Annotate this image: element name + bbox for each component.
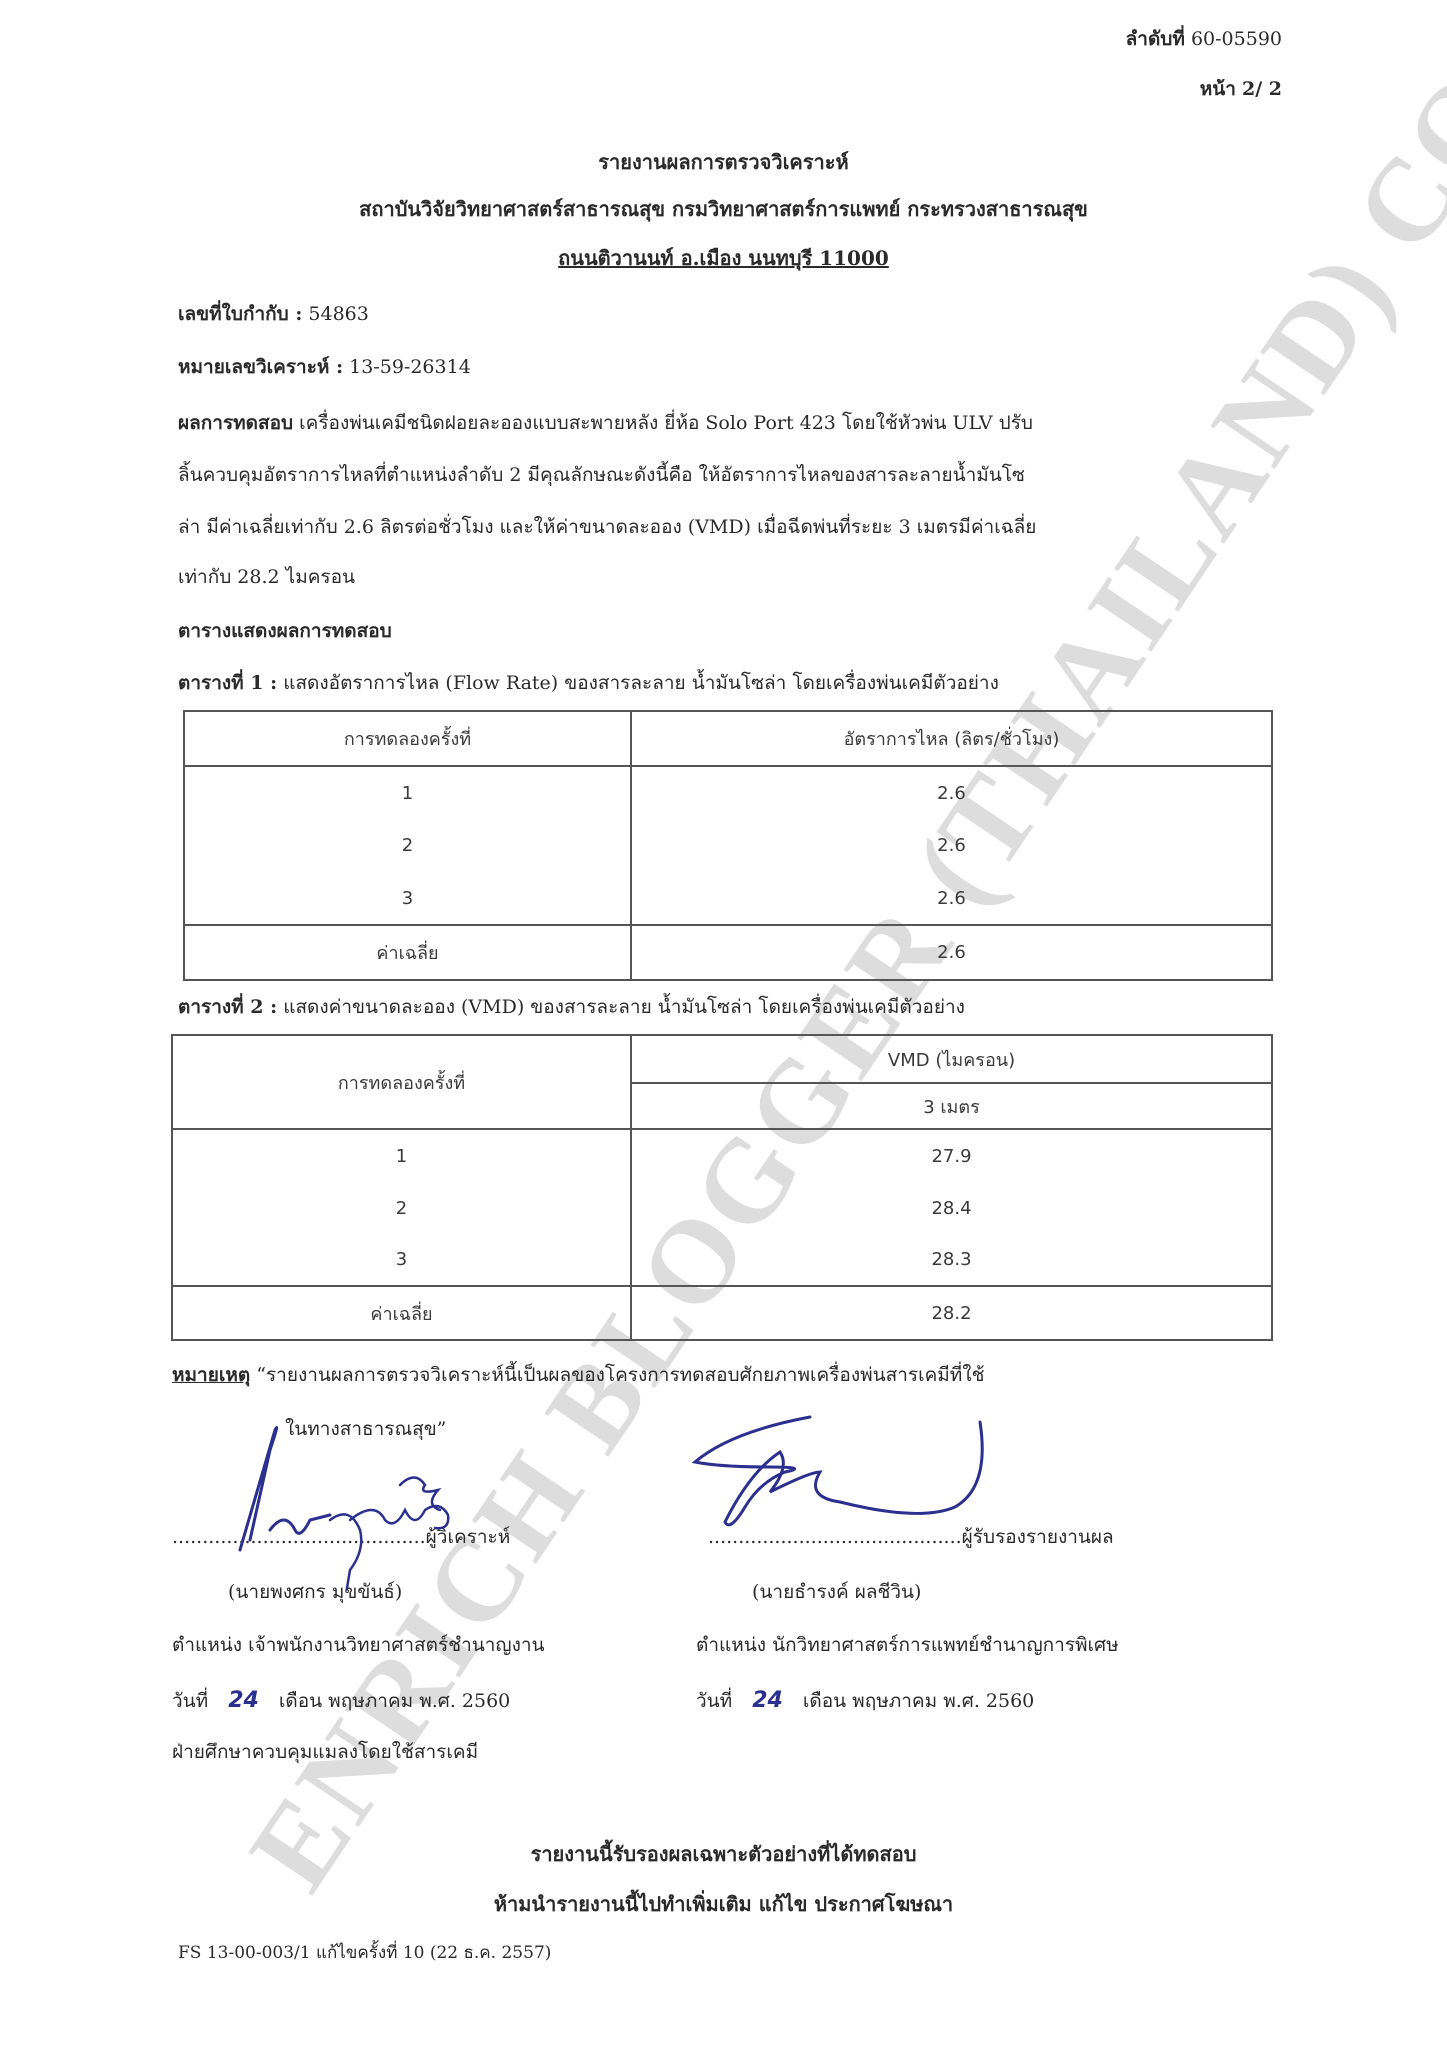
table1-col1-header: การทดลองครั้งที่ <box>184 711 631 766</box>
table-row: 3 2.6 <box>184 872 1272 925</box>
analyst-department: ฝ่ายศึกษาควบคุมแมลงโดยใช้สารเคมี <box>172 1743 478 1762</box>
footer-prohibition-note: ห้ามนำรายงานนี้ไปทำเพิ่มเติม แก้ไข ประกา… <box>0 1888 1447 1920</box>
table-row: 1 27.9 <box>172 1129 1272 1182</box>
vmd-table: การทดลองครั้งที่ VMD (ไมครอน) 3 เมตร 1 2… <box>171 1034 1273 1341</box>
flow-rate-table: การทดลองครั้งที่ อัตราการไหล (ลิตร/ชั่วโ… <box>183 710 1273 981</box>
institute-address: ถนนติวานนท์ อ.เมือง นนทบุรี 11000 <box>0 242 1447 274</box>
table1-caption: ตารางที่ 1 : แสดงอัตราการไหล (Flow Rate)… <box>178 674 999 693</box>
table2-col1-header: การทดลองครั้งที่ <box>172 1035 631 1129</box>
table2-col2-subheader: 3 เมตร <box>631 1083 1272 1129</box>
result-line-3: ล่า มีค่าเฉลี่ยเท่ากับ 2.6 ลิตรต่อชั่วโม… <box>178 518 1036 537</box>
table-row: 1 2.6 <box>184 766 1272 819</box>
note-label: หมายเหตุ <box>172 1364 250 1386</box>
table2-average-row: ค่าเฉลี่ย 28.2 <box>172 1286 1272 1340</box>
form-code: FS 13-00-003/1 แก้ไขครั้งที่ 10 (22 ธ.ค.… <box>178 1945 551 1962</box>
analysis-number-value: 13-59-26314 <box>349 356 471 378</box>
result-line-2: ลิ้นควบคุมอัตราการไหลที่ตำแหน่งลำดับ 2 ม… <box>178 466 1025 485</box>
table-row: 2 28.4 <box>172 1182 1272 1234</box>
control-number: เลขที่ใบกำกับ : 54863 <box>178 305 369 324</box>
analyst-signature-icon <box>200 1410 520 1590</box>
sequence-value: 60-05590 <box>1191 28 1282 50</box>
control-number-value: 54863 <box>308 303 368 325</box>
sequence-number: ลำดับที่ 60-05590 <box>1126 30 1282 49</box>
report-title: รายงานผลการตรวจวิเคราะห์ <box>0 146 1447 178</box>
analysis-number-label: หมายเลขวิเคราะห์ : <box>178 356 343 378</box>
page-label: หน้า <box>1200 78 1236 100</box>
result-line-1: ผลการทดสอบ เครื่องพ่นเคมีชนิดฝอยละอองแบบ… <box>178 414 1033 433</box>
table1-average-row: ค่าเฉลี่ย 2.6 <box>184 925 1272 980</box>
footer-certify-note: รายงานนี้รับรองผลเฉพาะตัวอย่างที่ได้ทดสอ… <box>0 1838 1447 1870</box>
institute-name: สถาบันวิจัยวิทยาศาสตร์สาธารณสุข กรมวิทยา… <box>0 193 1447 225</box>
tables-heading: ตารางแสดงผลการทดสอบ <box>178 622 392 641</box>
result-line-4: เท่ากับ 28.2 ไมครอน <box>178 568 355 587</box>
control-number-label: เลขที่ใบกำกับ : <box>178 303 302 325</box>
certifier-name: (นายธำรงค์ ผลชีวิน) <box>752 1583 921 1602</box>
page-number: หน้า 2/ 2 <box>1200 80 1282 99</box>
certifier-position: ตำแหน่ง นักวิทยาศาสตร์การแพทย์ชำนาญการพิ… <box>696 1636 1119 1655</box>
result-label: ผลการทดสอบ <box>178 412 293 434</box>
page-value: 2/ 2 <box>1242 78 1282 100</box>
table-row: 3 28.3 <box>172 1234 1272 1286</box>
document-page: ENRICH BLOGGER (THAILAND) CO.,LTD. ลำดับ… <box>0 0 1447 2048</box>
certifier-signature-icon <box>690 1412 1030 1542</box>
sequence-label: ลำดับที่ <box>1126 28 1185 50</box>
table2-col2-header: VMD (ไมครอน) <box>631 1035 1272 1083</box>
table2-caption: ตารางที่ 2 : แสดงค่าขนาดละออง (VMD) ของส… <box>178 998 965 1017</box>
table-row: 2 2.6 <box>184 819 1272 872</box>
analyst-date: วันที่ 24 เดือน พฤษภาคม พ.ศ. 2560 <box>172 1690 510 1712</box>
analysis-number: หมายเลขวิเคราะห์ : 13-59-26314 <box>178 358 471 377</box>
analyst-position: ตำแหน่ง เจ้าพนักงานวิทยาศาสตร์ชำนาญงาน <box>172 1636 545 1655</box>
note-line-1: หมายเหตุ “รายงานผลการตรวจวิเคราะห์นี้เป็… <box>172 1366 985 1385</box>
certifier-date: วันที่ 24 เดือน พฤษภาคม พ.ศ. 2560 <box>696 1690 1034 1712</box>
table1-col2-header: อัตราการไหล (ลิตร/ชั่วโมง) <box>631 711 1272 766</box>
